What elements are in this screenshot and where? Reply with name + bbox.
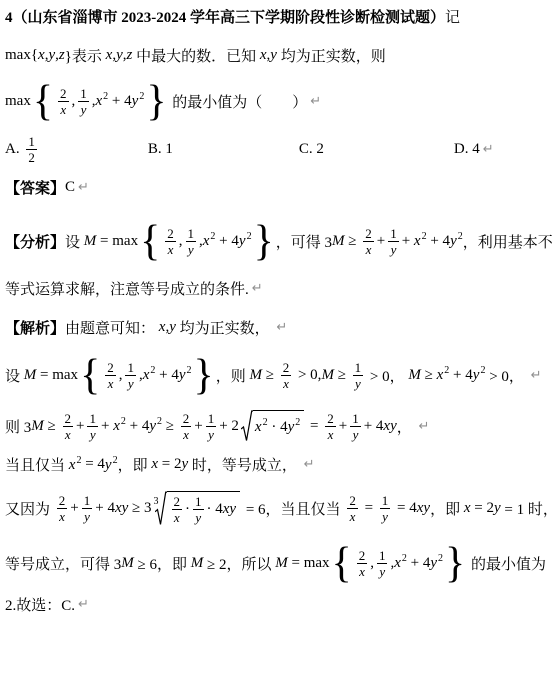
power-base: y	[149, 418, 156, 434]
fraction-numerator: 2	[172, 494, 183, 509]
text-run: = 1 时，	[501, 498, 558, 519]
text-run: ,	[370, 555, 374, 572]
text-run: ，即	[118, 454, 152, 475]
text-run: A.	[5, 141, 23, 158]
text-run: 均为正实数，	[176, 317, 274, 338]
math-variable: xy	[383, 418, 396, 435]
solution-setup: 设 M = max{2x,1y,x2 + 4y2}，则 M ≥ 2x > 0,M…	[5, 354, 555, 396]
fraction-numerator: 1	[350, 411, 361, 426]
fraction: 1y	[353, 360, 364, 391]
fraction: 2x	[181, 411, 192, 442]
radicand: 2x·1y· 4xy	[167, 491, 241, 526]
paragraph-mark-icon: ↵	[276, 320, 287, 335]
text-run: > 0，	[366, 365, 408, 386]
fraction-denominator: x	[172, 510, 182, 525]
math-power: x2	[69, 456, 82, 474]
power-base: x	[414, 233, 421, 249]
fraction: 2x	[172, 494, 183, 525]
curly-brace: {	[140, 219, 160, 263]
bold-text-run: 【答案】	[5, 177, 65, 198]
fraction: 1y	[350, 411, 361, 442]
power-base: y	[132, 93, 139, 109]
math-power: x2	[143, 366, 156, 384]
fraction-denominator: y	[88, 427, 98, 442]
bold-text-run: 【分析】	[5, 231, 65, 252]
text-run: + 4	[215, 233, 238, 250]
text-run: ,	[119, 367, 123, 384]
document-page: 4（山东省淄博市 2023-2024 学年高三下学期阶段性诊断检测试题）记max…	[0, 0, 559, 615]
problem-statement: max{x,y,z}表示 x,y,z 中最大的数．已知 x,y 均为正实数，则	[5, 45, 555, 66]
text-run: = 6，当且仅当	[242, 498, 344, 519]
math-power: y2	[179, 366, 192, 384]
analysis-line-1: 【分析】设 M = max{2x,1y,x2 + 4y2}，可得 3M ≥ 2x…	[5, 220, 555, 262]
text-run: ,	[179, 233, 183, 250]
text-run: ，则	[216, 365, 250, 386]
text-run: ≥	[421, 367, 437, 384]
power-base: x	[113, 418, 120, 434]
math-variable: x	[159, 319, 166, 336]
fraction-numerator: 1	[87, 411, 98, 426]
text-run: ≥ 2，所以	[203, 553, 275, 574]
fraction: 12	[26, 134, 37, 165]
fraction: 2x	[165, 226, 176, 257]
solution-step-2: 又因为 2x+1y+ 4xy ≥ 332x·1y· 4xy = 6，当且仅当 2…	[5, 491, 555, 526]
text-run: +	[194, 418, 202, 435]
bold-text-run: 4（山东省淄博市 2023-2024 学年高三下学期阶段性诊断检测试题）	[5, 6, 445, 27]
fraction: 2x	[105, 360, 116, 391]
text-run: ≥	[345, 233, 361, 250]
math-variable: xy	[115, 500, 128, 517]
fraction: 1y	[125, 360, 136, 391]
fraction-numerator: 2	[281, 360, 292, 375]
fraction-numerator: 1	[193, 494, 204, 509]
fraction-numerator: 1	[377, 548, 388, 563]
power-base: x	[394, 555, 401, 571]
math-variable: M	[332, 233, 345, 250]
math-variable: y	[116, 47, 123, 64]
fraction-denominator: y	[377, 564, 387, 579]
text-run: > 0，	[485, 365, 527, 386]
fraction-denominator: y	[206, 427, 216, 442]
fraction-denominator: 2	[26, 150, 37, 165]
text-run: 当且仅当	[5, 454, 69, 475]
text-run: = max	[288, 555, 330, 572]
fraction-numerator: 1	[206, 411, 217, 426]
text-run: 均为正实数，则	[277, 45, 386, 66]
options-row: A. 12B. 1C. 2D. 4↵	[5, 134, 555, 165]
math-power: x2	[96, 92, 109, 110]
fraction-denominator: y	[351, 427, 361, 442]
fraction-denominator: x	[57, 509, 67, 524]
power-base: y	[450, 233, 457, 249]
root-index: 3	[154, 496, 159, 507]
text-run: =	[306, 418, 322, 435]
text-run: 设	[5, 365, 24, 386]
power-base: x	[96, 93, 103, 109]
text-run: = max	[96, 233, 138, 250]
spacer	[324, 149, 454, 150]
fraction-numerator: 1	[353, 360, 364, 375]
text-run: C	[65, 179, 75, 196]
radical: 32x·1y· 4xy	[154, 491, 241, 526]
power-base: x	[69, 457, 76, 473]
math-variable: M	[31, 418, 44, 435]
fraction-numerator: 1	[125, 360, 136, 375]
text-run: 等式运算求解，注意等号成立的条件.	[5, 278, 249, 299]
math-power: y2	[239, 232, 252, 250]
radicand: x2 · 4y2	[253, 410, 304, 442]
text-run: = 2	[158, 456, 181, 473]
power-exponent: 2	[438, 553, 443, 564]
fraction-denominator: x	[364, 242, 374, 257]
text-run: 中最大的数．已知	[132, 45, 260, 66]
paragraph-mark-icon: ↵	[252, 281, 263, 296]
paragraph-mark-icon: ↵	[483, 142, 494, 157]
fraction-denominator: x	[348, 509, 358, 524]
text-run: +	[70, 500, 78, 517]
fraction-numerator: 1	[82, 493, 93, 508]
math-power: y2	[473, 366, 486, 384]
power-base: y	[430, 555, 437, 571]
text-run: 2.故选：C.	[5, 594, 75, 615]
math-variable: y	[270, 47, 277, 64]
math-variable: M	[121, 555, 134, 572]
fraction-numerator: 1	[388, 226, 399, 241]
fraction-denominator: y	[389, 242, 399, 257]
paragraph-mark-icon: ↵	[419, 419, 430, 434]
fraction-denominator: y	[353, 376, 363, 391]
text-run: ≥	[162, 418, 178, 435]
fraction-denominator: x	[63, 427, 73, 442]
math-power: x2	[414, 232, 427, 250]
text-run: ，即	[430, 498, 464, 519]
fraction-denominator: y	[193, 510, 203, 525]
curly-brace: {	[33, 79, 53, 123]
text-run: + 4	[427, 233, 450, 250]
math-variable: x	[260, 47, 267, 64]
text-run: }表示	[65, 45, 106, 66]
fraction-numerator: 2	[347, 493, 358, 508]
fraction: 1y	[206, 411, 217, 442]
text-run: + 4	[108, 93, 131, 110]
fraction-denominator: x	[357, 564, 367, 579]
math-variable: y	[181, 456, 188, 473]
text-run: + 4	[95, 500, 115, 517]
fraction: 2x	[63, 411, 74, 442]
fraction: 2x	[357, 548, 368, 579]
text-run: 又因为	[5, 498, 54, 519]
fraction: 1y	[78, 86, 89, 117]
text-run: + 4	[449, 367, 472, 384]
paragraph-mark-icon: ↵	[304, 457, 315, 472]
solution-conclusion: 等号成立，可得 3M ≥ 6，即 M ≥ 2，所以 M = max{2x,1y,…	[5, 542, 555, 584]
fraction-denominator: y	[79, 102, 89, 117]
math-variable: x	[151, 456, 158, 473]
spacer	[40, 149, 148, 150]
paragraph-mark-icon: ↵	[531, 368, 542, 383]
fraction: 1y	[193, 494, 204, 525]
fraction-denominator: y	[186, 242, 196, 257]
math-variable: x	[38, 47, 45, 64]
document-body: 4（山东省淄博市 2023-2024 学年高三下学期阶段性诊断检测试题）记max…	[5, 6, 555, 615]
fraction-numerator: 2	[181, 411, 192, 426]
fraction-numerator: 1	[380, 493, 391, 508]
curly-brace: }	[194, 353, 214, 397]
curly-brace: }	[445, 541, 465, 585]
math-variable: xy	[223, 501, 236, 518]
math-power: x2	[113, 417, 126, 435]
fraction-denominator: x	[106, 376, 116, 391]
fraction-numerator: 1	[26, 134, 37, 149]
math-variable: M	[408, 367, 421, 384]
power-base: x	[203, 233, 210, 249]
answer-line: 【答案】C↵	[5, 177, 555, 198]
math-power: x2	[437, 366, 450, 384]
spacer	[173, 149, 299, 150]
fraction: 2x	[347, 493, 358, 524]
text-run: 等号成立，可得 3	[5, 553, 121, 574]
text-run: = 4	[81, 456, 104, 473]
text-run: D. 4	[454, 141, 480, 158]
math-variable: M	[84, 233, 97, 250]
power-base: y	[288, 419, 295, 435]
bold-text-run: 【解析】	[5, 317, 65, 338]
math-power: y2	[105, 456, 118, 474]
math-variable: y	[169, 319, 176, 336]
analysis-line-2: 等式运算求解，注意等号成立的条件.↵	[5, 278, 555, 299]
fraction-numerator: 2	[325, 411, 336, 426]
fraction-numerator: 2	[105, 360, 116, 375]
problem-title: 4（山东省淄博市 2023-2024 学年高三下学期阶段性诊断检测试题）记	[5, 6, 555, 27]
text-run: ，利用基本不	[463, 231, 553, 252]
power-exponent: 2	[139, 91, 144, 102]
text-run: ≥ 3	[128, 500, 151, 517]
power-exponent: 2	[187, 365, 192, 376]
text-run: = 4	[393, 500, 416, 517]
text-run: +	[339, 418, 347, 435]
text-run: 记	[445, 6, 460, 27]
power-base: y	[179, 367, 186, 383]
radical-sign	[241, 410, 253, 442]
power-base: x	[255, 419, 262, 435]
math-power: y2	[430, 554, 443, 572]
fraction-numerator: 2	[58, 86, 69, 101]
text-run: 设	[65, 231, 84, 252]
text-run: 则 3	[5, 416, 31, 437]
fraction: 1y	[380, 493, 391, 524]
curly-brace: }	[146, 79, 166, 123]
text-run: +	[76, 418, 84, 435]
fraction-numerator: 1	[186, 226, 197, 241]
fraction-numerator: 2	[165, 226, 176, 241]
solution-step-1: 则 3M ≥ 2x+1y+ x2 + 4y2 ≥ 2x+1y+ 2x2 · 4y…	[5, 410, 555, 442]
math-power: y2	[450, 232, 463, 250]
fraction-denominator: x	[166, 242, 176, 257]
paragraph-mark-icon: ↵	[78, 597, 89, 612]
text-run: > 0,	[294, 367, 321, 384]
text-run: 时，等号成立，	[188, 454, 301, 475]
math-variable: M	[249, 367, 262, 384]
power-base: x	[437, 367, 444, 383]
fraction: 1y	[377, 548, 388, 579]
math-variable: y	[494, 500, 501, 517]
math-power: y2	[288, 418, 301, 436]
math-power: y2	[132, 92, 145, 110]
text-run: 的最小值为	[467, 553, 546, 574]
math-variable: y	[48, 47, 55, 64]
fraction: 2x	[363, 226, 374, 257]
text-run: ≥ 6，即	[134, 553, 191, 574]
paragraph-mark-icon: ↵	[310, 94, 321, 109]
math-power: x2	[203, 232, 216, 250]
text-run: ≥	[262, 367, 278, 384]
fraction-denominator: x	[181, 427, 191, 442]
curly-brace: }	[254, 219, 274, 263]
power-base: y	[239, 233, 246, 249]
math-power: x2	[255, 418, 268, 436]
text-run: ≥	[44, 418, 60, 435]
text-run: ，	[397, 416, 416, 437]
fraction-denominator: y	[82, 509, 92, 524]
fraction: 2x	[57, 493, 68, 524]
power-exponent: 2	[295, 417, 300, 428]
fraction-numerator: 2	[57, 493, 68, 508]
problem-formula: max{2x,1y,x2 + 4y2} 的最小值为（ ）↵	[5, 80, 555, 122]
text-run: ，可得 3	[276, 231, 332, 252]
fraction: 1y	[186, 226, 197, 257]
text-run: =	[361, 500, 377, 517]
paragraph-mark-icon: ↵	[78, 180, 89, 195]
text-run: max{	[5, 47, 38, 64]
fraction: 1y	[87, 411, 98, 442]
math-power: y2	[149, 417, 162, 435]
text-run: + 4	[155, 367, 178, 384]
fraction-numerator: 2	[363, 226, 374, 241]
text-run: C. 2	[299, 141, 324, 158]
text-run: ≥	[334, 367, 350, 384]
text-run: + 4	[364, 418, 384, 435]
text-run: ·	[185, 501, 190, 518]
math-variable: x	[106, 47, 113, 64]
text-run: · 4	[207, 501, 223, 518]
fraction-denominator: x	[58, 102, 68, 117]
curly-brace: {	[332, 541, 352, 585]
power-base: y	[473, 367, 480, 383]
text-run: 的最小值为（ ）	[168, 91, 307, 112]
radical: x2 · 4y2	[241, 410, 304, 442]
solution-choice: 2.故选：C.↵	[5, 594, 555, 615]
fraction-denominator: y	[126, 376, 136, 391]
fraction: 1y	[82, 493, 93, 524]
math-variable: x	[464, 500, 471, 517]
fraction: 2x	[281, 360, 292, 391]
curly-brace: {	[80, 353, 100, 397]
text-run: max	[5, 93, 31, 110]
fraction-denominator: y	[380, 509, 390, 524]
fraction-denominator: x	[281, 376, 291, 391]
fraction: 2x	[58, 86, 69, 117]
solution-intro: 【解析】由题意可知： x,y 均为正实数， ↵	[5, 317, 555, 338]
text-run: +	[402, 233, 414, 250]
text-run: ,	[72, 93, 76, 110]
math-variable: M	[24, 367, 37, 384]
text-run: + 4	[126, 418, 149, 435]
math-variable: M	[321, 367, 334, 384]
text-run: +	[101, 418, 113, 435]
fraction-numerator: 2	[357, 548, 368, 563]
math-variable: xy	[417, 500, 430, 517]
power-base: y	[105, 457, 112, 473]
fraction-numerator: 1	[78, 86, 89, 101]
power-exponent: 2	[247, 231, 252, 242]
power-base: x	[143, 367, 150, 383]
text-run: 由题意可知：	[65, 317, 159, 338]
text-run: +	[377, 233, 385, 250]
fraction-numerator: 2	[63, 411, 74, 426]
text-run: = max	[36, 367, 78, 384]
text-run: = 2	[471, 500, 494, 517]
math-variable: M	[275, 555, 288, 572]
fraction-denominator: x	[326, 427, 336, 442]
fraction: 2x	[325, 411, 336, 442]
math-power: x2	[394, 554, 407, 572]
text-run: B. 1	[148, 141, 173, 158]
text-run: + 2	[219, 418, 239, 435]
fraction: 1y	[388, 226, 399, 257]
text-run: + 4	[407, 555, 430, 572]
solution-equality-1: 当且仅当 x2 = 4y2，即 x = 2y 时，等号成立， ↵	[5, 454, 555, 475]
math-variable: M	[191, 555, 204, 572]
text-run: · 4	[268, 419, 288, 436]
